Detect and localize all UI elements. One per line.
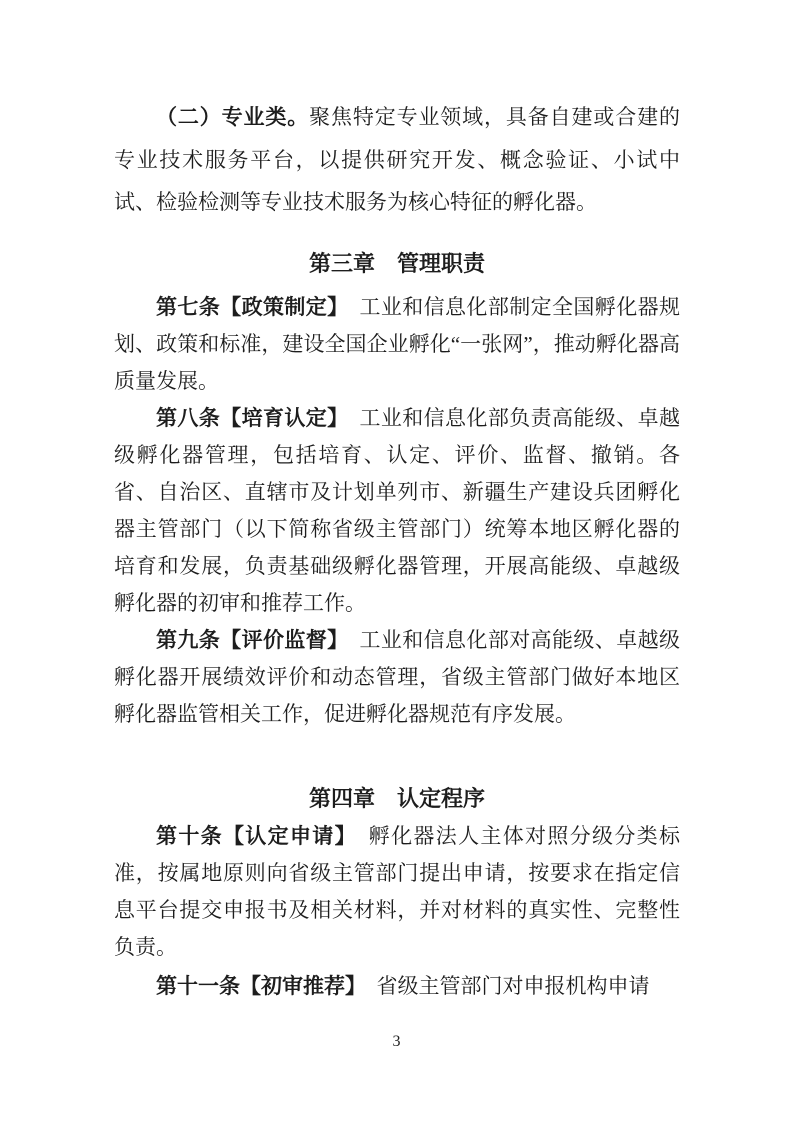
- page-content: （二）专业类。聚焦特定专业领域，具备自建或合建的专业技术服务平台，以提供研究开发…: [0, 0, 793, 1005]
- article-7-paragraph: 第七条【政策制定】 工业和信息化部制定全国孵化器规划、政策和标准，建设全国企业孵…: [114, 289, 680, 400]
- article-11-text: 省级主管部门对申报机构申请: [356, 974, 650, 998]
- page-number: 3: [0, 1032, 793, 1052]
- article-8-text: 工业和信息化部负责高能级、卓越级孵化器管理，包括培育、认定、评价、监督、撤销。各…: [114, 406, 680, 615]
- article-10-lead: 第十条【认定申请】: [156, 825, 346, 848]
- paragraph-category-professional: （二）专业类。聚焦特定专业领域，具备自建或合建的专业技术服务平台，以提供研究开发…: [114, 96, 680, 223]
- article-11-lead: 第十一条【初审推荐】: [156, 975, 356, 998]
- paragraph-lead: （二）专业类。: [156, 106, 309, 129]
- article-9-paragraph: 第九条【评价监督】 工业和信息化部对高能级、卓越级孵化器开展绩效评价和动态管理，…: [114, 622, 680, 733]
- article-8-paragraph: 第八条【培育认定】 工业和信息化部负责高能级、卓越级孵化器管理，包括培育、认定、…: [114, 400, 680, 622]
- chapter-3-heading: 第三章 管理职责: [114, 249, 680, 279]
- article-11-paragraph: 第十一条【初审推荐】 省级主管部门对申报机构申请: [114, 968, 680, 1005]
- article-8-lead: 第八条【培育认定】: [156, 407, 338, 430]
- article-10-paragraph: 第十条【认定申请】 孵化器法人主体对照分级分类标准，按属地原则向省级主管部门提出…: [114, 818, 680, 966]
- chapter-4-heading: 第四章 认定程序: [114, 784, 680, 814]
- document-page: （二）专业类。聚焦特定专业领域，具备自建或合建的专业技术服务平台，以提供研究开发…: [0, 0, 793, 1122]
- article-7-lead: 第七条【政策制定】: [156, 296, 338, 319]
- article-9-lead: 第九条【评价监督】: [156, 629, 338, 652]
